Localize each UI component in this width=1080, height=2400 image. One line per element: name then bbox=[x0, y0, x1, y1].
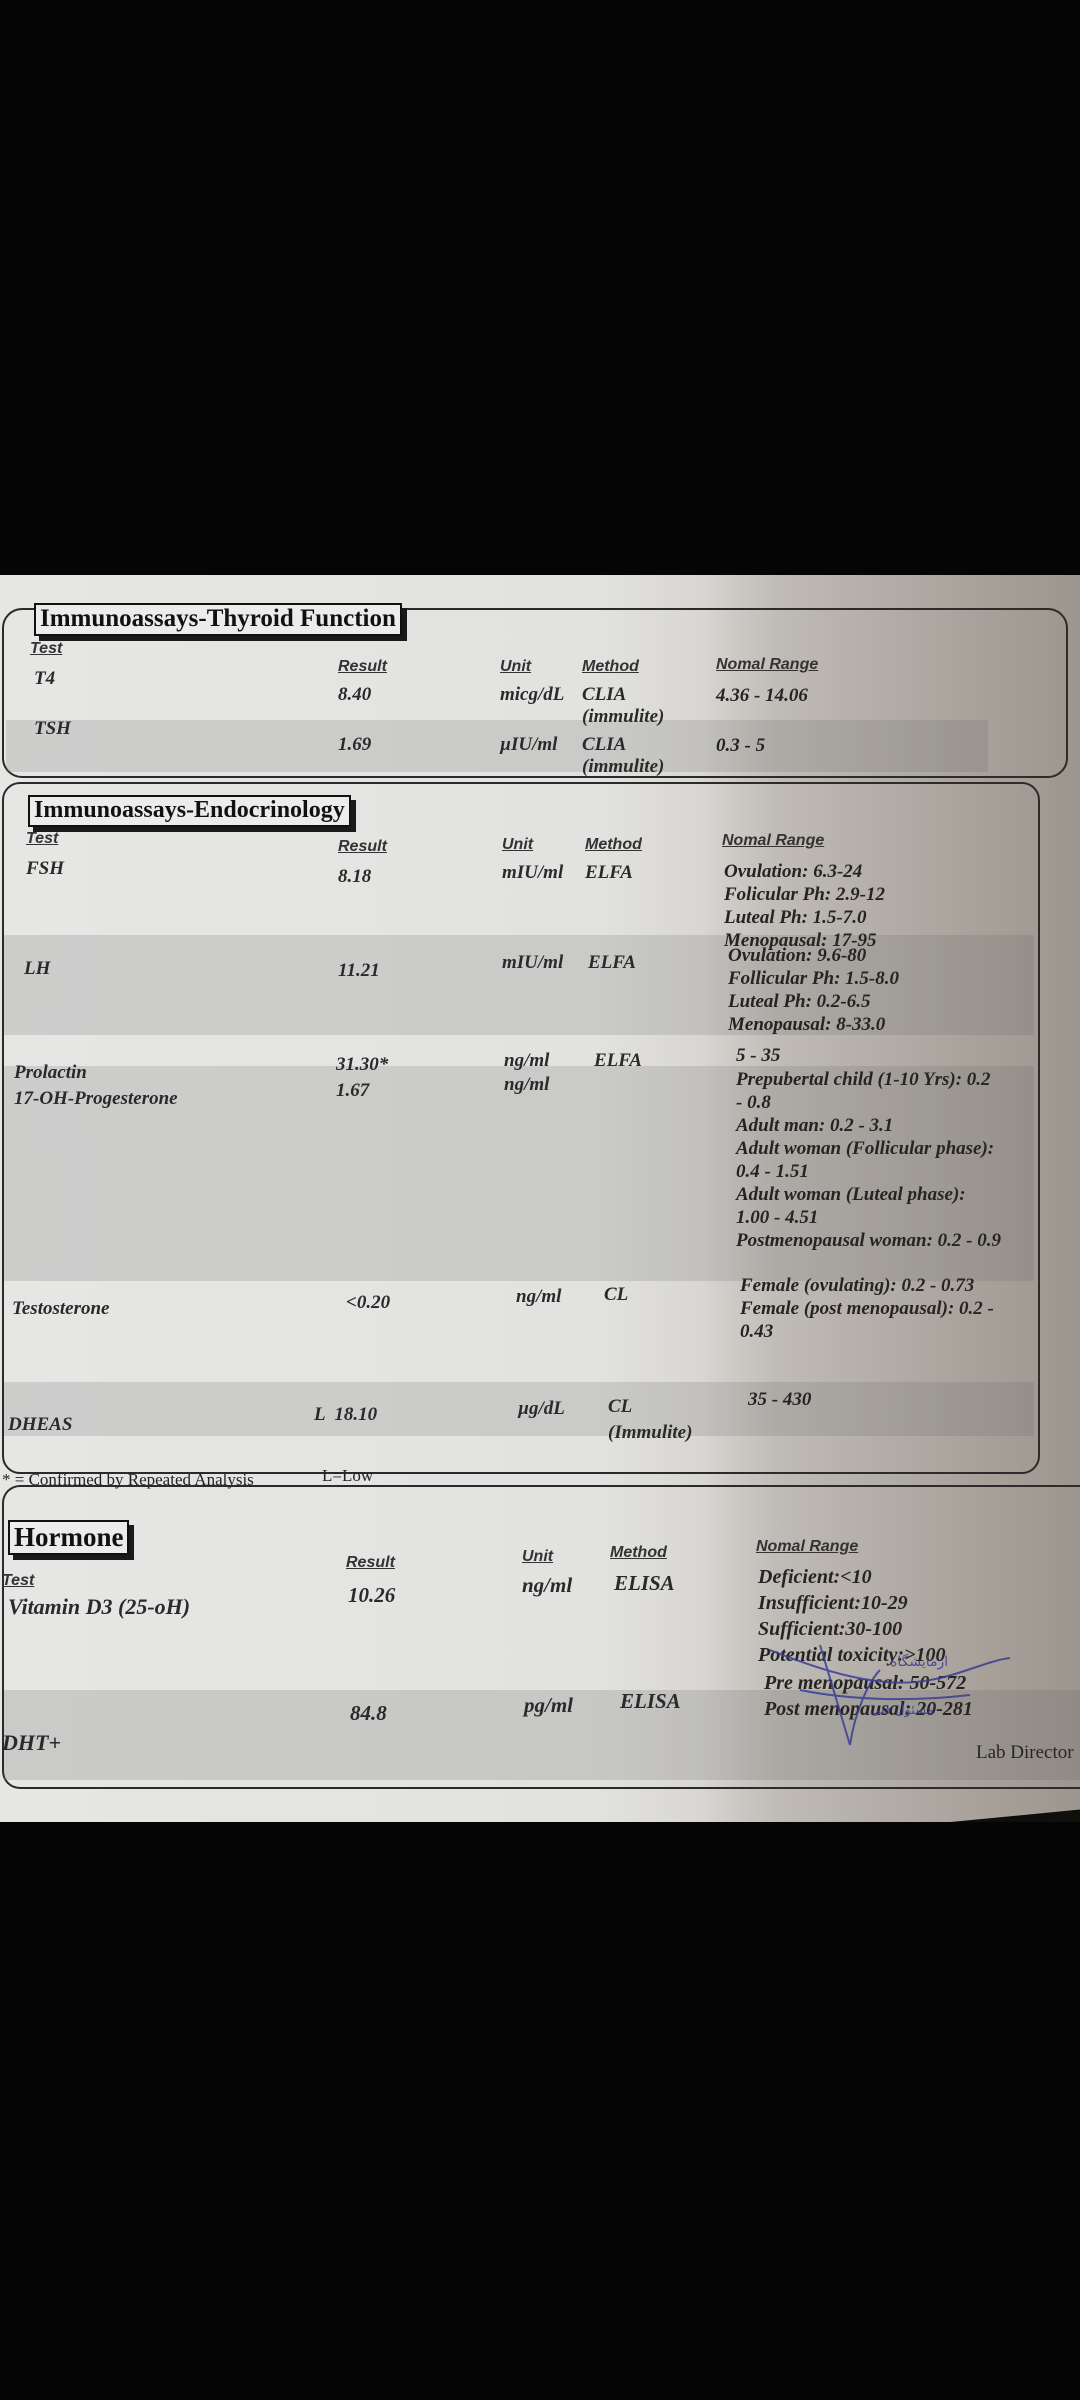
normal-range: Female (ovulating): 0.2 - 0.73Female (po… bbox=[740, 1274, 994, 1343]
test-result: 31.30* bbox=[336, 1054, 388, 1076]
normal-range-line: Ovulation: 6.3-24 bbox=[724, 860, 885, 883]
test-name: Vitamin D3 (25-oH) bbox=[8, 1596, 190, 1618]
test-method-detail: (immulite) bbox=[582, 756, 664, 778]
normal-range: 5 - 35 bbox=[736, 1044, 780, 1067]
header-method: Method bbox=[585, 836, 642, 854]
test-result: <0.20 bbox=[346, 1292, 390, 1314]
normal-range: 0.3 - 5 bbox=[716, 734, 765, 757]
normal-range-line: Folicular Ph: 2.9-12 bbox=[724, 883, 885, 906]
normal-range-line: Adult woman (Follicular phase): bbox=[736, 1137, 1001, 1160]
normal-range: Ovulation: 9.6-80Follicular Ph: 1.5-8.0L… bbox=[728, 944, 899, 1036]
test-result: 8.40 bbox=[338, 684, 371, 706]
normal-range-line: Luteal Ph: 1.5-7.0 bbox=[724, 906, 885, 929]
normal-range-line: 35 - 430 bbox=[748, 1388, 811, 1411]
test-name: LH bbox=[24, 958, 50, 980]
test-method: ELISA bbox=[620, 1690, 681, 1712]
test-unit: pg/ml bbox=[524, 1694, 573, 1716]
normal-range-line: Follicular Ph: 1.5-8.0 bbox=[728, 967, 899, 990]
normal-range: Prepubertal child (1-10 Yrs): 0.2- 0.8Ad… bbox=[736, 1068, 1001, 1252]
header-result: Result bbox=[338, 658, 387, 676]
normal-range-line: Adult woman (Luteal phase): bbox=[736, 1183, 1001, 1206]
test-method: ELFA bbox=[585, 862, 633, 884]
test-unit: ng/ml bbox=[504, 1074, 549, 1096]
header-method: Method bbox=[582, 658, 639, 676]
normal-range-line: Postmenopausal woman: 0.2 - 0.9 bbox=[736, 1229, 1001, 1252]
normal-range-line: - 0.8 bbox=[736, 1091, 1001, 1114]
normal-range-line: Sufficient:30-100 bbox=[758, 1616, 945, 1642]
normal-range-line: Deficient:<10 bbox=[758, 1564, 945, 1590]
test-method: CLIA bbox=[582, 734, 626, 756]
normal-range-line: Luteal Ph: 0.2-6.5 bbox=[728, 990, 899, 1013]
normal-range-line: 4.36 - 14.06 bbox=[716, 684, 808, 707]
test-method: CL bbox=[604, 1284, 628, 1306]
normal-range-line: 0.43 bbox=[740, 1320, 994, 1343]
normal-range-line: 0.3 - 5 bbox=[716, 734, 765, 757]
header-method: Method bbox=[610, 1544, 667, 1562]
normal-range-line: Menopausal: 8-33.0 bbox=[728, 1013, 899, 1036]
normal-range-line: 5 - 35 bbox=[736, 1044, 780, 1067]
normal-range-line: Female (post menopausal): 0.2 - bbox=[740, 1297, 994, 1320]
section-title-endocrinology: Immunoassays-Endocrinology bbox=[28, 795, 351, 827]
test-method: ELISA bbox=[614, 1572, 675, 1594]
test-method: CLIA bbox=[582, 684, 626, 706]
test-unit: mIU/ml bbox=[502, 862, 563, 884]
test-name: 17-OH-Progesterone bbox=[14, 1088, 178, 1110]
test-result: L 18.10 bbox=[314, 1404, 377, 1426]
header-range: Nomal Range bbox=[716, 656, 818, 674]
test-result: 1.67 bbox=[336, 1080, 369, 1102]
svg-text:ازمایشگاه: ازمایشگاه bbox=[890, 1653, 948, 1670]
test-method-detail: (immulite) bbox=[582, 706, 664, 728]
normal-range-line: Insufficient:10-29 bbox=[758, 1590, 945, 1616]
test-unit: mIU/ml bbox=[502, 952, 563, 974]
normal-range-line: Adult man: 0.2 - 3.1 bbox=[736, 1114, 1001, 1137]
signature-stamp: ازمایشگاه مسئول فنی bbox=[760, 1640, 1020, 1750]
header-range: Nomal Range bbox=[756, 1538, 858, 1556]
header-test: Test bbox=[30, 640, 62, 658]
test-unit: ng/ml bbox=[522, 1574, 572, 1596]
normal-range-line: Ovulation: 9.6-80 bbox=[728, 944, 899, 967]
row-band bbox=[6, 720, 988, 772]
test-method: ELFA bbox=[594, 1050, 642, 1072]
test-unit: ng/ml bbox=[516, 1286, 561, 1308]
test-unit: ng/ml bbox=[504, 1050, 549, 1072]
test-unit: µIU/ml bbox=[500, 734, 557, 756]
normal-range-line: Female (ovulating): 0.2 - 0.73 bbox=[740, 1274, 994, 1297]
section-title-thyroid: Immunoassays-Thyroid Function bbox=[34, 603, 402, 636]
section-title-hormone: Hormone bbox=[8, 1520, 129, 1555]
test-name: Testosterone bbox=[12, 1298, 109, 1320]
header-unit: Unit bbox=[502, 836, 533, 854]
test-method: ELFA bbox=[588, 952, 636, 974]
normal-range: Ovulation: 6.3-24Folicular Ph: 2.9-12Lut… bbox=[724, 860, 885, 952]
test-result: 84.8 bbox=[350, 1702, 387, 1724]
test-result: 8.18 bbox=[338, 866, 371, 888]
header-unit: Unit bbox=[522, 1548, 553, 1566]
header-test: Test bbox=[26, 830, 58, 848]
header-result: Result bbox=[338, 838, 387, 856]
test-unit: micg/dL bbox=[500, 684, 564, 706]
test-name: T4 bbox=[34, 668, 55, 690]
test-method-detail: (Immulite) bbox=[608, 1422, 692, 1444]
normal-range-line: 0.4 - 1.51 bbox=[736, 1160, 1001, 1183]
normal-range-line: Prepubertal child (1-10 Yrs): 0.2 bbox=[736, 1068, 1001, 1091]
test-name: DHEAS bbox=[8, 1414, 72, 1436]
test-name: TSH bbox=[34, 718, 71, 740]
test-name: FSH bbox=[26, 858, 64, 880]
test-name: DHT+ bbox=[2, 1732, 61, 1754]
normal-range-line: 1.00 - 4.51 bbox=[736, 1206, 1001, 1229]
normal-range: 4.36 - 14.06 bbox=[716, 684, 808, 707]
test-result: 1.69 bbox=[338, 734, 371, 756]
test-name: Prolactin bbox=[14, 1062, 87, 1084]
test-method: CL bbox=[608, 1396, 632, 1418]
test-result: 11.21 bbox=[338, 960, 380, 982]
legend-low: L=Low bbox=[322, 1466, 373, 1486]
test-result: 10.26 bbox=[348, 1584, 395, 1606]
header-range: Nomal Range bbox=[722, 832, 824, 850]
test-unit: µg/dL bbox=[518, 1398, 565, 1420]
header-result: Result bbox=[346, 1554, 395, 1572]
normal-range: 35 - 430 bbox=[748, 1388, 811, 1411]
header-unit: Unit bbox=[500, 658, 531, 676]
svg-text:مسئول فنی: مسئول فنی bbox=[870, 1703, 934, 1718]
lab-director-label: Lab Director bbox=[976, 1742, 1074, 1764]
header-test: Test bbox=[2, 1572, 34, 1590]
